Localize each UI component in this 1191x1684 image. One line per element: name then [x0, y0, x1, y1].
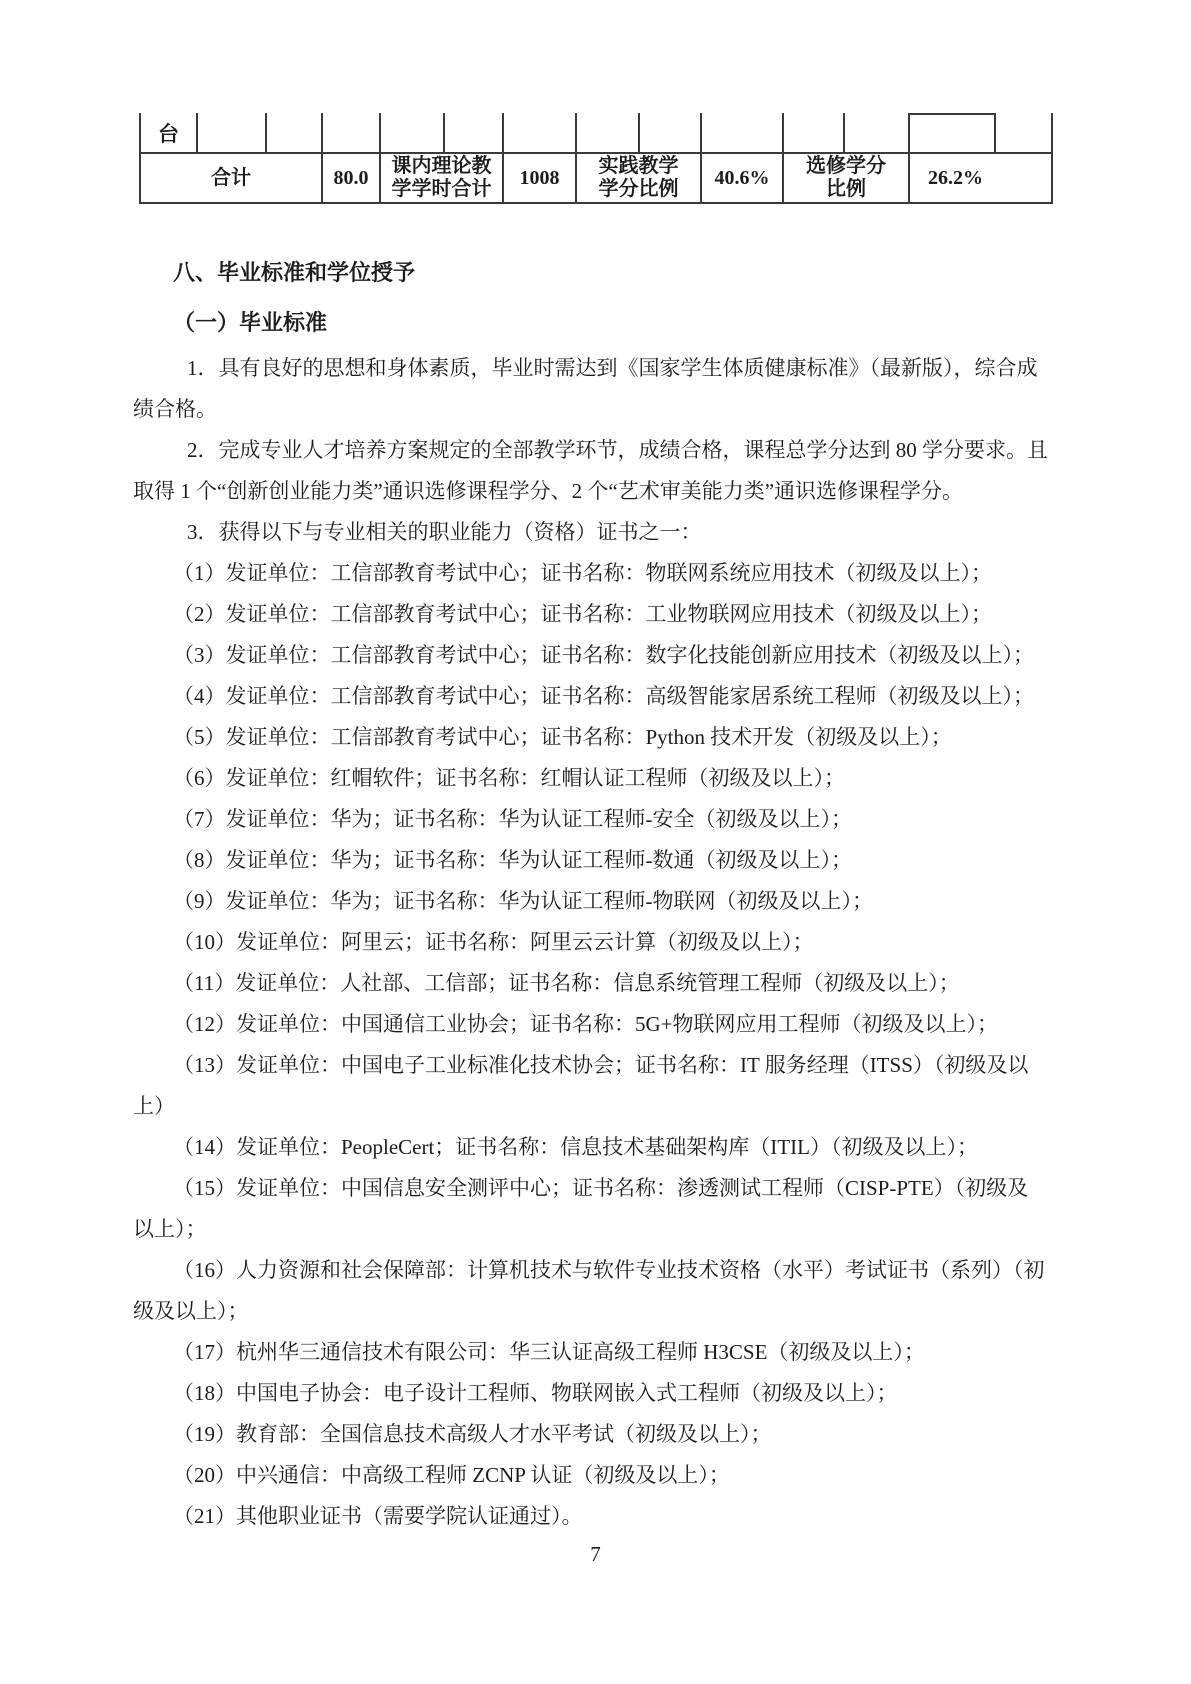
summary-table: 台 合计 80.0 课内理论教 学学时合计 1008 实践教学 学分比例 40.…	[139, 113, 1053, 204]
summary-row: 合计 80.0 课内理论教 学学时合计 1008 实践教学 学分比例 40.6%…	[139, 152, 1053, 204]
theory-hours-value-cell: 1008	[502, 154, 575, 202]
certificate-item-5: （5）发证单位：工信部教育考试中心；证书名称：Python 技术开发（初级及以上…	[133, 717, 1073, 758]
certificate-item-9: （9）发证单位：华为；证书名称：华为认证工程师-物联网（初级及以上）；	[133, 881, 1073, 922]
paragraph-2: 2．完成专业人才培养方案规定的全部教学环节，成绩合格，课程总学分达到 80 学分…	[133, 430, 1073, 512]
document-body: 八、毕业标准和学位授予 （一）毕业标准 1．具有良好的思想和身体素质，毕业时需达…	[133, 248, 1073, 1537]
carryover-boxed-cell	[908, 113, 994, 152]
paragraph-1: 1．具有良好的思想和身体素质，毕业时需达到《国家学生体质健康标准》（最新版），综…	[133, 348, 1073, 430]
certificate-item-21: （21）其他职业证书（需要学院认证通过）。	[133, 1496, 1073, 1537]
carryover-cell	[700, 113, 782, 152]
certificate-item-16: （16）人力资源和社会保障部：计算机技术与软件专业技术资格（水平）考试证书（系列…	[133, 1250, 1073, 1332]
carryover-row: 台	[139, 113, 1053, 152]
carryover-cell	[196, 113, 265, 152]
practice-ratio-value-cell: 40.6%	[700, 154, 782, 202]
section-heading: 八、毕业标准和学位授予	[133, 248, 1073, 298]
total-label-cell: 合计	[139, 154, 321, 202]
carryover-cell	[265, 113, 321, 152]
certificate-item-4: （4）发证单位：工信部教育考试中心；证书名称：高级智能家居系统工程师（初级及以上…	[133, 676, 1073, 717]
carryover-cell	[575, 113, 638, 152]
certificate-item-13: （13）发证单位：中国电子工业标准化技术协会；证书名称：IT 服务经理（ITSS…	[133, 1045, 1073, 1127]
certificate-item-8: （8）发证单位：华为；证书名称：华为认证工程师-数通（初级及以上）；	[133, 840, 1073, 881]
practice-ratio-label-cell: 实践教学 学分比例	[575, 154, 700, 202]
document-page: 台 合计 80.0 课内理论教 学学时合计 1008 实践教学 学分比例 40.…	[0, 0, 1191, 1684]
carryover-cell	[443, 113, 502, 152]
paragraph-3-lead: 3．获得以下与专业相关的职业能力（资格）证书之一：	[133, 512, 1073, 553]
certificate-item-19: （19）教育部：全国信息技术高级人才水平考试（初级及以上）；	[133, 1414, 1073, 1455]
certificate-item-20: （20）中兴通信：中高级工程师 ZCNP 认证（初级及以上）；	[133, 1455, 1073, 1496]
page-number: 7	[0, 1534, 1191, 1574]
certificate-item-10: （10）发证单位：阿里云；证书名称：阿里云云计算（初级及以上）；	[133, 922, 1073, 963]
paragraph-block: 1．具有良好的思想和身体素质，毕业时需达到《国家学生体质健康标准》（最新版），综…	[133, 348, 1073, 1537]
carryover-cell	[379, 113, 443, 152]
elective-ratio-value-cell: 26.2%	[908, 154, 1053, 202]
section-subheading: （一）毕业标准	[133, 298, 1073, 348]
total-credits-cell: 80.0	[321, 154, 379, 202]
certificate-item-18: （18）中国电子协会：电子设计工程师、物联网嵌入式工程师（初级及以上）；	[133, 1373, 1073, 1414]
certificate-item-17: （17）杭州华三通信技术有限公司：华三认证高级工程师 H3CSE（初级及以上）；	[133, 1332, 1073, 1373]
certificate-item-1: （1）发证单位：工信部教育考试中心；证书名称：物联网系统应用技术（初级及以上）；	[133, 553, 1073, 594]
certificate-item-11: （11）发证单位：人社部、工信部；证书名称：信息系统管理工程师（初级及以上）；	[133, 963, 1073, 1004]
certificate-item-6: （6）发证单位：红帽软件；证书名称：红帽认证工程师（初级及以上）；	[133, 758, 1073, 799]
carryover-cell	[843, 113, 908, 152]
elective-ratio-label-cell: 选修学分 比例	[782, 154, 908, 202]
certificate-item-12: （12）发证单位：中国通信工业协会；证书名称：5G+物联网应用工程师（初级及以上…	[133, 1004, 1073, 1045]
certificate-item-14: （14）发证单位：PeopleCert；证书名称：信息技术基础架构库（ITIL）…	[133, 1127, 1073, 1168]
carryover-cell	[502, 113, 575, 152]
carryover-cell: 台	[139, 113, 196, 152]
certificate-item-7: （7）发证单位：华为；证书名称：华为认证工程师-安全（初级及以上）；	[133, 799, 1073, 840]
certificate-item-3: （3）发证单位：工信部教育考试中心；证书名称：数字化技能创新应用技术（初级及以上…	[133, 635, 1073, 676]
certificate-item-2: （2）发证单位：工信部教育考试中心；证书名称：工业物联网应用技术（初级及以上）；	[133, 594, 1073, 635]
carryover-cell	[638, 113, 700, 152]
carryover-cell	[321, 113, 379, 152]
certificate-item-15: （15）发证单位：中国信息安全测评中心；证书名称：渗透测试工程师（CISP-PT…	[133, 1168, 1073, 1250]
carryover-cell	[782, 113, 843, 152]
theory-hours-label-cell: 课内理论教 学学时合计	[379, 154, 502, 202]
carryover-cell	[994, 113, 1053, 152]
